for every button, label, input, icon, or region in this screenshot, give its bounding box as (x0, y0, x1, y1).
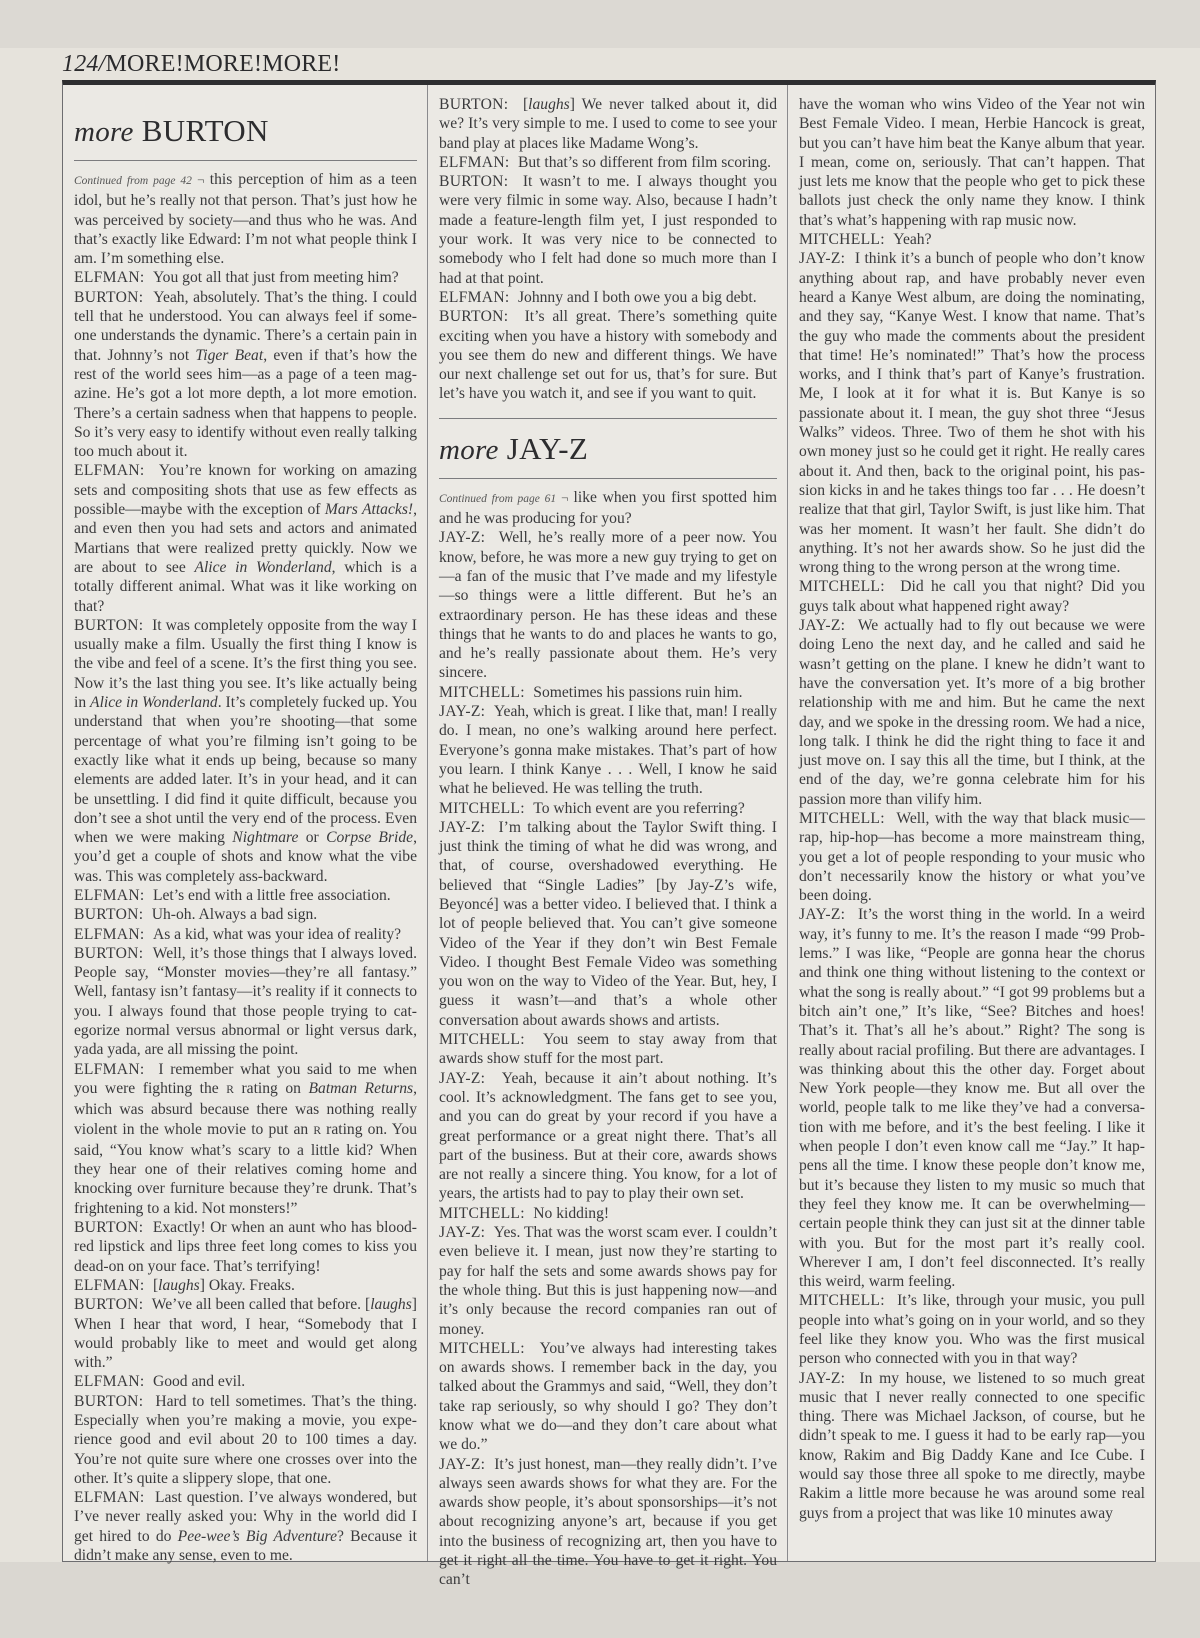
jayz-section-title: more JAY-Z (439, 431, 777, 468)
speaker-label: MITCHELL: (439, 684, 533, 701)
speaker-label: ELFMAN: (74, 887, 153, 904)
interview-paragraph: JAY-Z: It’s just honest, man—they really… (439, 1455, 777, 1590)
speaker-label: BURTON: (439, 96, 523, 113)
interview-paragraph: MITCHELL: You’ve always had interesting … (439, 1339, 777, 1455)
speaker-label: MITCHELL: (799, 1292, 897, 1309)
interview-paragraph: JAY-Z: I think it’s a bunch of people wh… (799, 249, 1145, 577)
page-number: 124 (62, 51, 99, 77)
speaker-label: ELFMAN: (74, 1277, 153, 1294)
interview-paragraph: ELFMAN: You got all that just from meeti… (74, 268, 417, 287)
speaker-label: BURTON: (439, 308, 525, 325)
interview-paragraph: JAY-Z: Yeah, because it ain’t about noth… (439, 1069, 777, 1204)
interview-paragraph: ELFMAN: You’re known for working on amaz… (74, 461, 417, 615)
interview-paragraph: MITCHELL: No kidding! (439, 1204, 777, 1223)
speaker-label: BURTON: (74, 1393, 155, 1410)
section-divider (439, 418, 777, 419)
speaker-label: BURTON: (74, 1219, 153, 1236)
burton-body: Continued from page 42 ¬ this perception… (74, 170, 417, 1565)
speaker-label: BURTON: (74, 906, 152, 923)
speaker-label: JAY-Z: (439, 1456, 494, 1473)
speaker-label: ELFMAN: (74, 926, 153, 943)
paragraph-text: You got all that just from meeting him? (153, 269, 399, 286)
speaker-label: JAY-Z: (439, 1224, 494, 1241)
paragraph-text: I remember what you said to me when you … (74, 1061, 417, 1217)
interview-paragraph: BURTON: It wasn’t to me. I always though… (439, 172, 777, 288)
interview-paragraph: ELFMAN: Last question. I’ve always wonde… (74, 1488, 417, 1565)
paragraph-text: Let’s end with a little free association… (153, 887, 391, 904)
interview-paragraph: MITCHELL: You seem to stay away from tha… (439, 1030, 777, 1069)
paragraph-text: It’s the worst thing in the world. In a … (799, 906, 1145, 1290)
speaker-label: JAY-Z: (799, 617, 858, 634)
interview-paragraph: BURTON: Exactly! Or when an aunt who has… (74, 1218, 417, 1276)
speaker-label: BURTON: (74, 945, 153, 962)
speaker-label: MITCHELL: (439, 800, 533, 817)
speaker-label: MITCHELL: (799, 231, 893, 248)
paragraph-text: Johnny and I both owe you a big debt. (518, 289, 757, 306)
speaker-label: JAY-Z: (799, 1370, 859, 1387)
paragraph-text: You’re known for working on amaz­ing set… (74, 462, 417, 614)
column-2: BURTON: [laughs] We never talked about i… (428, 85, 788, 1561)
interview-paragraph: BURTON: Uh-oh. Always a bad sign. (74, 905, 417, 924)
speaker-label: BURTON: (74, 1296, 152, 1313)
interview-paragraph: MITCHELL: Well, with the way that black … (799, 809, 1145, 905)
jayz-body: Continued from page 61 ¬ like when you f… (439, 488, 777, 1590)
paragraph-text: Sometimes his passions ruin him. (533, 684, 742, 701)
speaker-label: JAY-Z: (439, 703, 494, 720)
paragraph-text: I’m talking about the Taylor Swift thing… (439, 819, 777, 1029)
column-1: more BURTON Continued from page 42 ¬ thi… (63, 85, 428, 1561)
burton-body-continued: BURTON: [laughs] We never talked about i… (439, 95, 777, 404)
speaker-label: JAY-Z: (799, 906, 858, 923)
speaker-label: MITCHELL: (439, 1205, 533, 1222)
paragraph-text: Uh-oh. Always a bad sign. (152, 906, 317, 923)
section-label: MORE!MORE!MORE! (105, 51, 340, 77)
interview-paragraph: Continued from page 42 ¬ this perception… (74, 170, 417, 268)
interview-paragraph: ELFMAN: Let’s end with a little free ass… (74, 886, 417, 905)
interview-paragraph: MITCHELL: Yeah? (799, 230, 1145, 249)
paragraph-text: I think it’s a bunch of people who don’t… (799, 250, 1145, 576)
speaker-label: MITCHELL: (799, 810, 896, 827)
paragraph-text: Yes. That was the worst scam ever. I cou… (439, 1224, 777, 1337)
interview-paragraph: ELFMAN: Johnny and I both owe you a big … (439, 288, 777, 307)
speaker-label: ELFMAN: (74, 1489, 155, 1506)
interview-paragraph: BURTON: We’ve all been called that befor… (74, 1295, 417, 1372)
page-header: 124/MORE!MORE!MORE! (62, 50, 340, 78)
interview-paragraph: ELFMAN: [laughs] Okay. Freaks. (74, 1276, 417, 1295)
paragraph-text: No kidding! (533, 1205, 609, 1222)
paragraph-text: Yeah? (893, 231, 931, 248)
continue-arrow-icon: ¬ (556, 490, 573, 505)
interview-paragraph: MITCHELL: To which event are you referri… (439, 799, 777, 818)
speaker-label: ELFMAN: (74, 1061, 158, 1078)
paragraph-text: [laughs] Okay. Freaks. (153, 1277, 295, 1294)
interview-paragraph: JAY-Z: We actually had to fly out becaus… (799, 616, 1145, 809)
speaker-label: BURTON: (74, 617, 152, 634)
paragraph-text: To which event are you referring? (533, 800, 745, 817)
page-background-top (0, 0, 1200, 48)
speaker-label: JAY-Z: (439, 529, 499, 546)
paragraph-text: As a kid, what was your idea of reality? (153, 926, 401, 943)
paragraph-text: But that’s so different from film scorin… (518, 154, 771, 171)
burton-section-title: more BURTON (74, 113, 417, 150)
speaker-label: MITCHELL: (439, 1031, 543, 1048)
interview-paragraph: MITCHELL: It’s like, through your music,… (799, 1291, 1145, 1368)
interview-paragraph: MITCHELL: Did he call you that night? Di… (799, 577, 1145, 616)
paragraph-text: have the woman who wins Video of the Yea… (799, 96, 1145, 229)
speaker-label: ELFMAN: (439, 154, 518, 171)
interview-paragraph: JAY-Z: In my house, we listened to so mu… (799, 1369, 1145, 1523)
interview-paragraph: BURTON: Yeah, absolutely. That’s the thi… (74, 288, 417, 462)
speaker-label: MITCHELL: (439, 1340, 540, 1357)
speaker-label: JAY-Z: (799, 250, 855, 267)
interview-paragraph: BURTON: Well, it’s those things that I a… (74, 944, 417, 1060)
speaker-label: MITCHELL: (799, 578, 900, 595)
interview-paragraph: BURTON: Hard to tell sometimes. That’s t… (74, 1392, 417, 1488)
paragraph-text: We actually had to fly out because we we… (799, 617, 1145, 808)
interview-paragraph: ELFMAN: As a kid, what was your idea of … (74, 925, 417, 944)
speaker-label: ELFMAN: (439, 289, 518, 306)
speaker-label: ELFMAN: (74, 462, 159, 479)
interview-paragraph: have the woman who wins Video of the Yea… (799, 95, 1145, 230)
interview-paragraph: JAY-Z: I’m talking about the Taylor Swif… (439, 818, 777, 1030)
interview-paragraph: BURTON: It’s all great. There’s somethin… (439, 307, 777, 403)
interview-paragraph: JAY-Z: Yeah, which is great. I like that… (439, 702, 777, 798)
interview-paragraph: JAY-Z: Well, he’s really more of a peer … (439, 528, 777, 682)
paragraph-text: It wasn’t to me. I always thought you we… (439, 173, 777, 286)
paragraph-text: Yeah, because it ain’t about nothing. It… (439, 1070, 777, 1203)
interview-paragraph: JAY-Z: Yes. That was the worst scam ever… (439, 1223, 777, 1339)
speaker-label: BURTON: (74, 289, 153, 306)
continued-from-label: Continued from page 42 ¬ (74, 175, 210, 187)
paragraph-text: Good and evil. (153, 1373, 245, 1390)
paragraph-text: Yeah, absolutely. That’s the thing. I co… (74, 289, 417, 460)
article-frame: more BURTON Continued from page 42 ¬ thi… (62, 80, 1156, 1562)
paragraph-text: In my house, we listened to so much grea… (799, 1370, 1145, 1522)
paragraph-text: It’s just honest, man—they really didn’t… (439, 1456, 777, 1589)
continued-from-label: Continued from page 61 ¬ (439, 493, 574, 505)
interview-paragraph: ELFMAN: But that’s so different from fil… (439, 153, 777, 172)
speaker-label: JAY-Z: (439, 1070, 502, 1087)
interview-paragraph: MITCHELL: Sometimes his passions ruin hi… (439, 683, 777, 702)
interview-paragraph: ELFMAN: Good and evil. (74, 1372, 417, 1391)
continue-arrow-icon: ¬ (192, 172, 210, 187)
jayz-body-continued: have the woman who wins Video of the Yea… (799, 95, 1145, 1523)
speaker-label: ELFMAN: (74, 269, 153, 286)
paragraph-text: It was completely opposite from the way … (74, 617, 417, 885)
interview-paragraph: Continued from page 61 ¬ like when you f… (439, 488, 777, 529)
section-divider (439, 478, 777, 479)
speaker-label: ELFMAN: (74, 1373, 153, 1390)
interview-paragraph: BURTON: It was completely opposite from … (74, 616, 417, 886)
paragraph-text: Well, he’s really more of a peer now. Yo… (439, 529, 777, 681)
interview-paragraph: BURTON: [laughs] We never talked about i… (439, 95, 777, 153)
interview-paragraph: JAY-Z: It’s the worst thing in the world… (799, 905, 1145, 1291)
section-divider (74, 160, 417, 161)
interview-paragraph: ELFMAN: I remember what you said to me w… (74, 1060, 417, 1218)
column-3: have the woman who wins Video of the Yea… (788, 85, 1155, 1561)
speaker-label: JAY-Z: (439, 819, 498, 836)
speaker-label: BURTON: (439, 173, 523, 190)
